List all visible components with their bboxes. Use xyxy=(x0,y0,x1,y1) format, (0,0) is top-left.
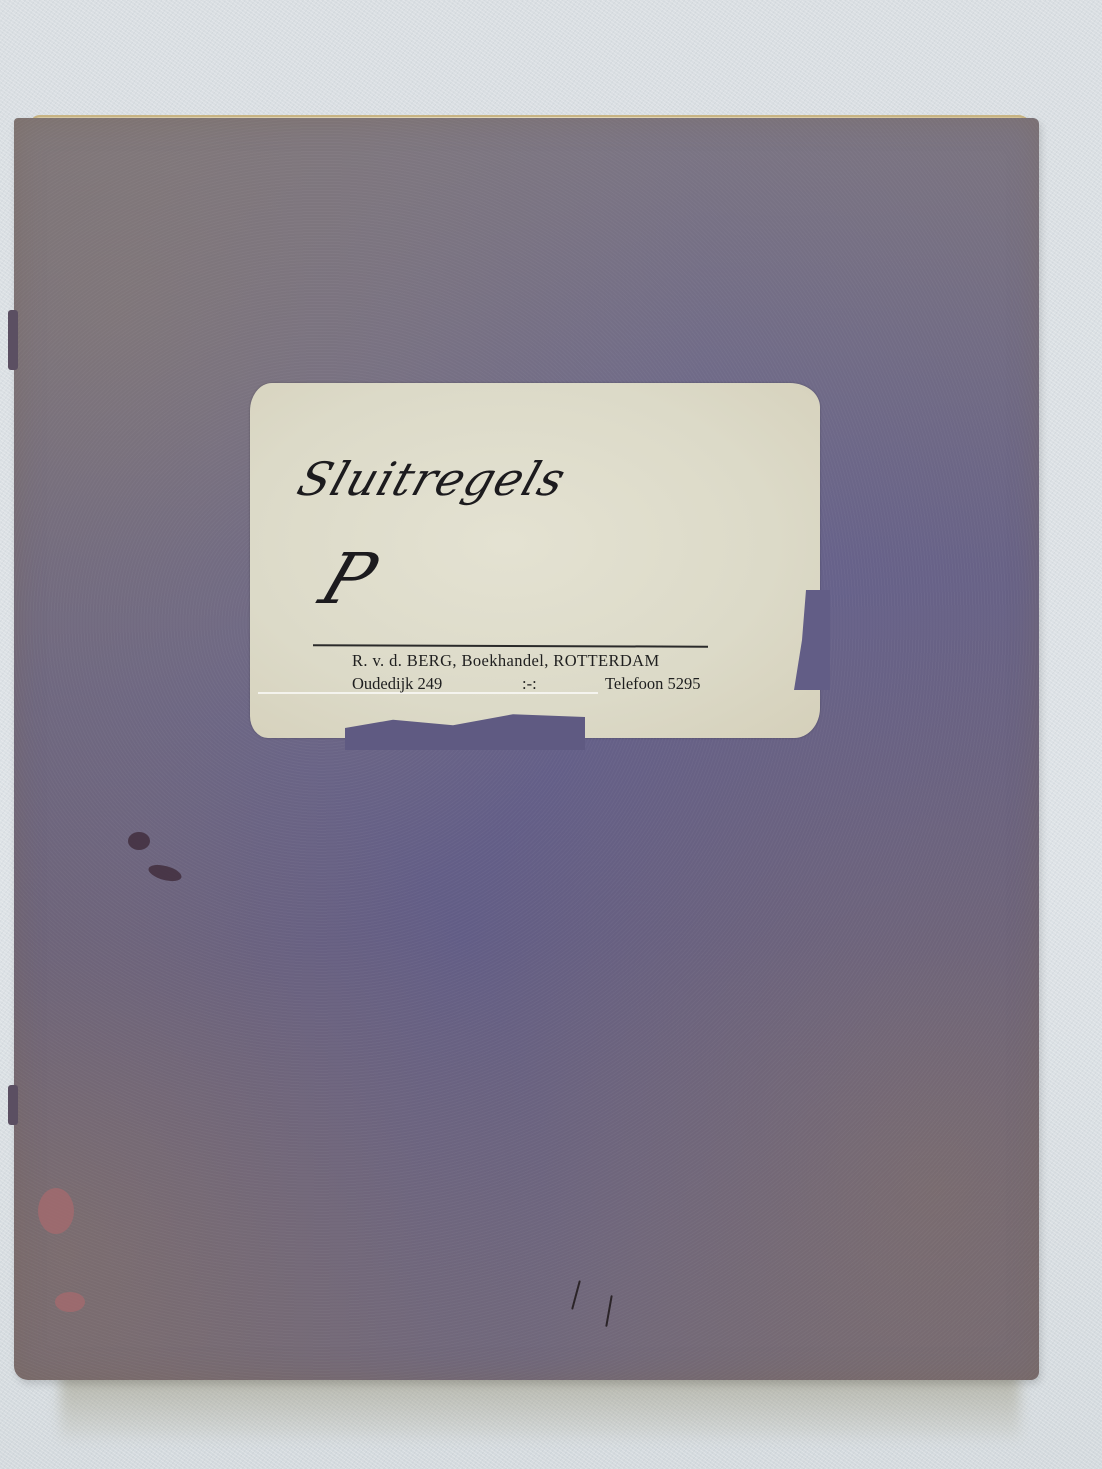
address-separator: :-: xyxy=(522,674,537,694)
bookseller-phone: Telefoon 5295 xyxy=(605,674,701,694)
book-shadow xyxy=(60,1370,1020,1440)
handwritten-title: Sluitregels xyxy=(291,452,573,506)
spine-fray xyxy=(8,1085,18,1125)
spine-fray xyxy=(8,310,18,370)
red-stain xyxy=(55,1292,85,1312)
bookseller-address: Oudedijk 249 xyxy=(352,674,442,694)
red-stain xyxy=(38,1188,74,1234)
bookseller-name: R. v. d. BERG, Boekhandel, ROTTERDAM xyxy=(352,651,660,671)
dark-stain xyxy=(128,832,150,850)
